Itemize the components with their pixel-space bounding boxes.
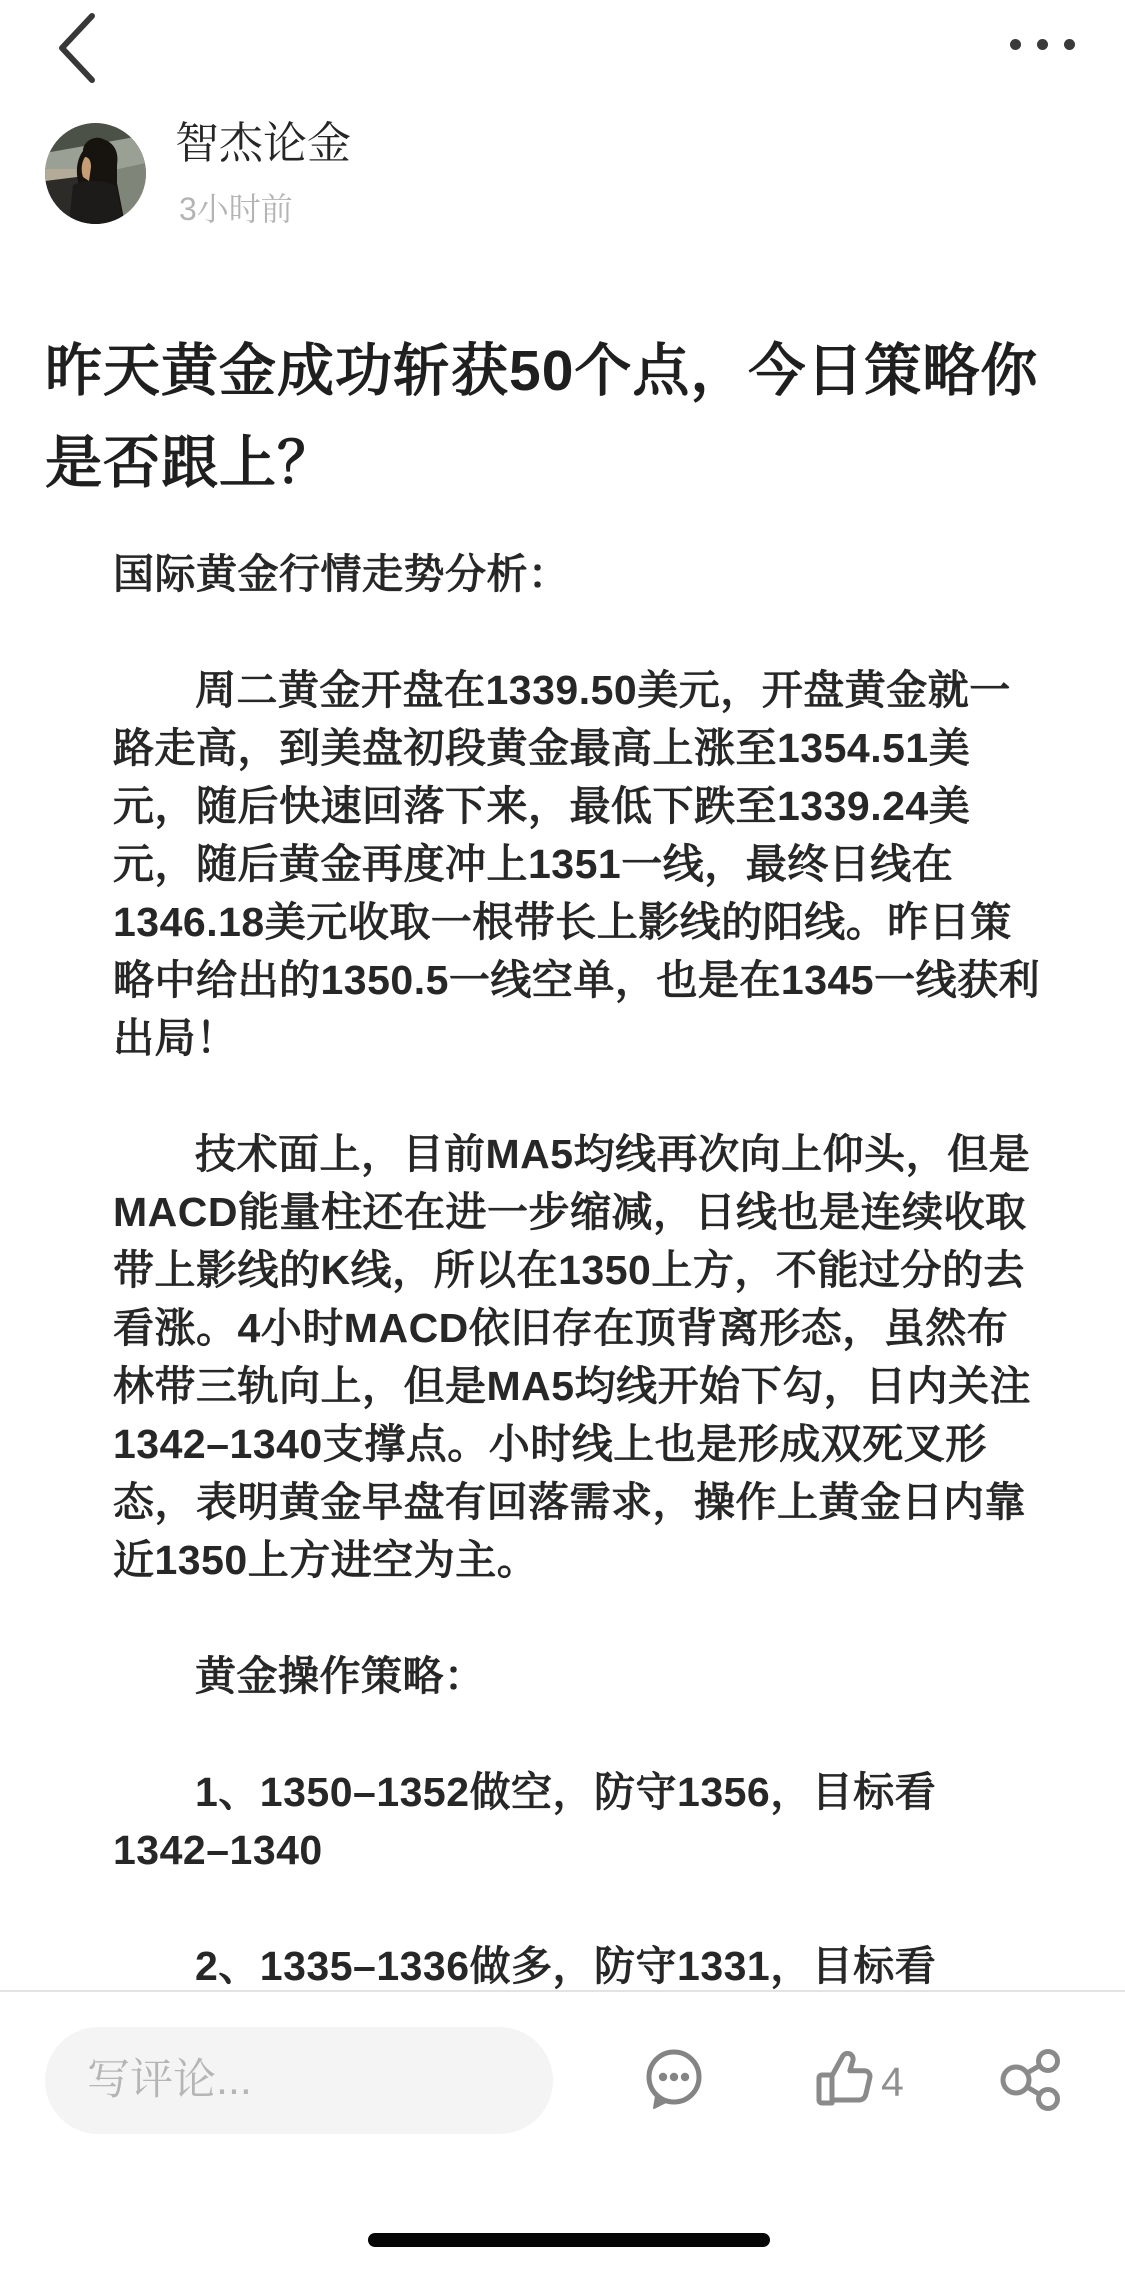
share-button[interactable]: [995, 2047, 1065, 2117]
article-line: 态，表明黄金早盘有回落需求，操作上黄金日内靠: [113, 1473, 1030, 1531]
article-line: 林带三轨向上，但是MA5均线开始下勾，日内关注: [113, 1357, 1030, 1415]
article-line: 略中给出的1350.5一线空单，也是在1345一线获利: [113, 951, 1030, 1009]
article-paragraph: 2、1335–1336做多，防守1331，目标看: [113, 1937, 1030, 1995]
article-line: 元，随后黄金再度冲上1351一线，最终日线在: [113, 835, 1030, 893]
ellipsis-icon: [1010, 39, 1075, 50]
comment-button[interactable]: [640, 2047, 710, 2117]
article-line: 2、1335–1336做多，防守1331，目标看: [113, 1937, 1030, 1995]
comment-input[interactable]: [45, 2027, 553, 2134]
like-count: 4: [881, 2047, 904, 2117]
article-paragraph: 技术面上，目前MA5均线再次向上仰头，但是MACD能量柱还在进一步缩减，日线也是…: [113, 1125, 1030, 1589]
article-line: 国际黄金行情走势分析：: [113, 545, 1030, 603]
article-line: 出局！: [113, 1009, 1030, 1067]
back-button[interactable]: [50, 8, 110, 88]
article-title-line: 是否跟上？: [45, 417, 1090, 509]
like-button[interactable]: 4: [815, 2047, 935, 2117]
speech-bubble-icon: [644, 2048, 706, 2117]
article-line: 1346.18美元收取一根带长上影线的阳线。昨日策: [113, 893, 1030, 951]
article-title-line: 昨天黄金成功斩获50个点，今日策略你: [45, 325, 1090, 417]
article-paragraph: 周二黄金开盘在1339.50美元，开盘黄金就一路走高，到美盘初段黄金最高上涨至1…: [113, 661, 1030, 1067]
chevron-left-icon: [50, 75, 110, 92]
more-menu-button[interactable]: [997, 16, 1087, 72]
article-line: 1342–1340支撑点。小时线上也是形成双死叉形: [113, 1415, 1030, 1473]
avatar[interactable]: [45, 123, 146, 224]
article-heading: 国际黄金行情走势分析：: [113, 545, 1030, 603]
article-line: 1342–1340: [113, 1821, 1030, 1879]
article-line: 黄金操作策略：: [113, 1647, 1030, 1705]
article-paragraph: 1、1350–1352做空，防守1356，目标看1342–1340: [113, 1763, 1030, 1879]
article-line: 周二黄金开盘在1339.50美元，开盘黄金就一: [113, 661, 1030, 719]
post-timestamp: 3小时前: [179, 190, 293, 228]
author-name[interactable]: 智杰论金: [175, 116, 351, 172]
share-nodes-icon: [998, 2049, 1062, 2116]
article-screen: 智杰论金 3小时前 昨天黄金成功斩获50个点，今日策略你 是否跟上？ 国际黄金行…: [0, 0, 1125, 2273]
article-line: 带上影线的K线，所以在1350上方，不能过分的去: [113, 1241, 1030, 1299]
thumbs-up-icon: [815, 2051, 875, 2114]
article-heading: 黄金操作策略：: [113, 1647, 1030, 1705]
article-line: 技术面上，目前MA5均线再次向上仰头，但是: [113, 1125, 1030, 1183]
article-line: MACD能量柱还在进一步缩减，日线也是连续收取: [113, 1183, 1030, 1241]
article-line: 元，随后快速回落下来，最低下跌至1339.24美: [113, 777, 1030, 835]
home-indicator: [368, 2233, 770, 2247]
article-body: 国际黄金行情走势分析：周二黄金开盘在1339.50美元，开盘黄金就一路走高，到美…: [113, 545, 1030, 2053]
article-line: 近1350上方进空为主。: [113, 1531, 1030, 1589]
top-nav-bar: [0, 0, 1125, 100]
comment-bar: 4: [0, 1990, 1125, 2273]
article-line: 1、1350–1352做空，防守1356，目标看: [113, 1763, 1030, 1821]
article-title: 昨天黄金成功斩获50个点，今日策略你 是否跟上？: [45, 325, 1090, 509]
article-line: 路走高，到美盘初段黄金最高上涨至1354.51美: [113, 719, 1030, 777]
article-line: 看涨。4小时MACD依旧存在顶背离形态，虽然布: [113, 1299, 1030, 1357]
